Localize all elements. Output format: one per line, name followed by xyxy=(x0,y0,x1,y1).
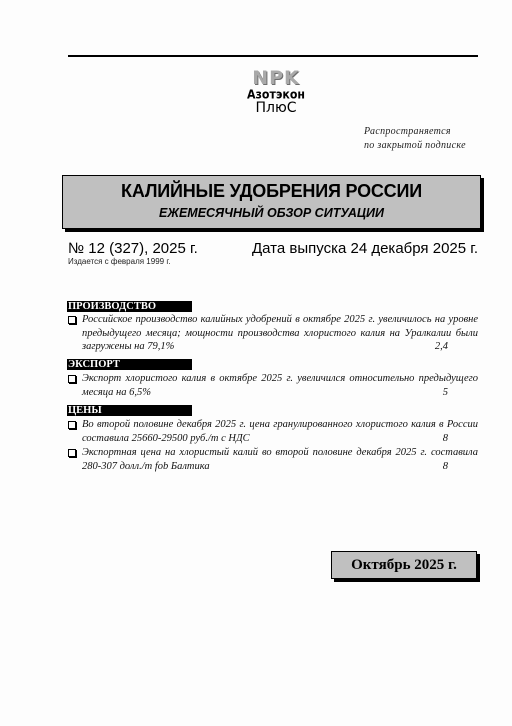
checkbox-bullet-icon xyxy=(68,375,76,383)
list-item[interactable]: Российское производство калийных удобрен… xyxy=(67,313,478,354)
section-heading-prices: ЦЕНЫ xyxy=(67,405,192,416)
title-banner: КАЛИЙНЫЕ УДОБРЕНИЯ РОССИИ ЕЖЕМЕСЯЧНЫЙ ОБ… xyxy=(62,175,481,229)
page-ref: 8 xyxy=(443,432,448,446)
checkbox-bullet-icon xyxy=(68,421,76,429)
published-since: Издается с февраля 1999 г. xyxy=(68,257,170,267)
item-text: Экспорт хлористого калия в октябре 2025 … xyxy=(82,372,478,399)
distribution-line-1: Распространяется xyxy=(364,125,479,139)
page-ref: 2,4 xyxy=(435,340,448,354)
page-title: КАЛИЙНЫЕ УДОБРЕНИЯ РОССИИ xyxy=(63,180,480,202)
distribution-line-2: по закрытой подписке xyxy=(364,139,479,153)
item-text: Российское производство калийных удобрен… xyxy=(82,313,478,354)
list-item[interactable]: Экспортная цена на хлористый калий во вт… xyxy=(67,446,478,473)
section-heading-production: ПРОИЗВОДСТВО xyxy=(67,301,192,312)
list-item[interactable]: Во второй половине декабря 2025 г. цена … xyxy=(67,418,478,445)
page-ref: 8 xyxy=(443,460,448,474)
checkbox-bullet-icon xyxy=(68,449,76,457)
top-rule xyxy=(68,55,478,57)
distribution-note: Распространяется по закрытой подписке xyxy=(364,125,479,153)
release-date: Дата выпуска 24 декабря 2025 г. xyxy=(252,240,478,257)
list-item[interactable]: Экспорт хлористого калия в октябре 2025 … xyxy=(67,372,478,399)
page-ref: 5 xyxy=(443,386,448,400)
item-text: Во второй половине декабря 2025 г. цена … xyxy=(82,418,478,445)
logo-npk: NPK xyxy=(226,68,326,88)
issue-number: № 12 (327), 2025 г. xyxy=(68,240,198,257)
page-subtitle: ЕЖЕМЕСЯЧНЫЙ ОБЗОР СИТУАЦИИ xyxy=(63,205,480,221)
publisher-logo: NPK Азотэкон ПлюС xyxy=(226,68,326,116)
logo-azotekon: Азотэкон xyxy=(226,87,326,102)
item-text: Экспортная цена на хлористый калий во вт… xyxy=(82,446,478,473)
logo-plus: ПлюС xyxy=(226,101,326,116)
section-heading-export: ЭКСПОРТ xyxy=(67,359,192,370)
checkbox-bullet-icon xyxy=(68,316,76,324)
period-label: Октябрь 2025 г. xyxy=(331,551,477,579)
